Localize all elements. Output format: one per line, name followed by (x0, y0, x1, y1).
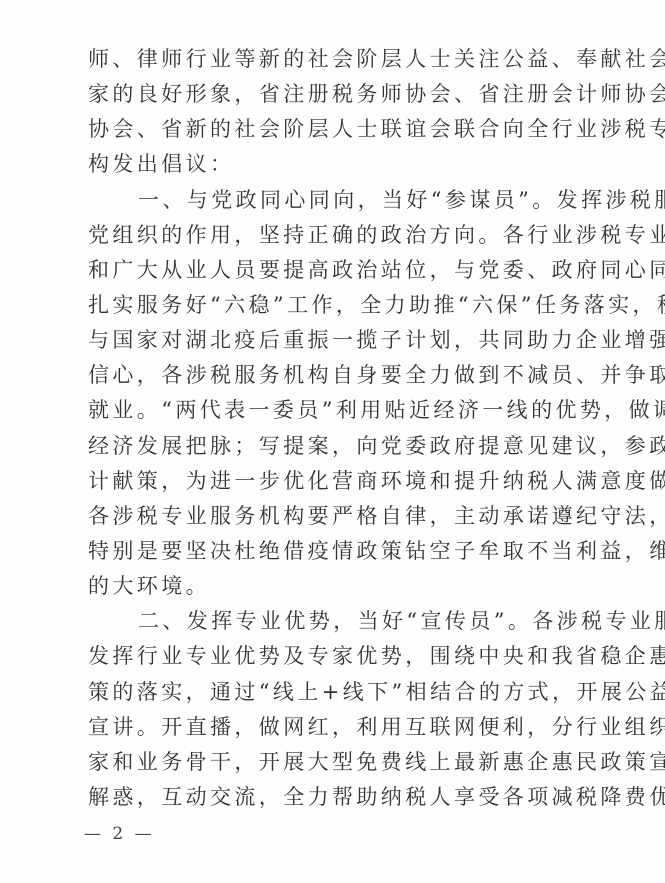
section-heading-line-2: 二、发挥专业优势，当好“宣传员”。各涉税专业服务机构 (88, 604, 598, 639)
text-line: 策的落实，通过“线上+线下”相结合的方式，开展公益性政策 (88, 675, 598, 710)
text-line: 家和业务骨干，开展大型免费线上最新惠企惠民政策宣讲，答疑 (88, 745, 598, 780)
text-line: 经济发展把脉；写提案，向党委政府提意见建议，参政议政，献 (88, 429, 598, 464)
text-line: 宣讲。开直播，做网红，利用互联网便利，分行业组织事务所专 (88, 710, 598, 745)
text-line: 扎实服务好“六稳”工作，全力助推“六保”任务落实，积极参 (88, 288, 598, 323)
text-line: 各涉税专业服务机构要严格自律，主动承诺遵纪守法，合规经营， (88, 499, 598, 534)
document-page: 师、律师行业等新的社会阶层人士关注公益、奉献社会、报效国 家的良好形象，省注册税… (0, 0, 665, 883)
text-line: 就业。“两代表一委员”利用贴近经济一线的优势，做调研，为 (88, 393, 598, 428)
text-line: 特别是要坚决杜绝借疫情政策钻空子牟取不当利益，维护好发展 (88, 534, 598, 569)
page-number: — 2 — (84, 824, 155, 844)
text-line: 的大环境。 (88, 569, 598, 604)
section-heading-line-1: 一、与党政同心同向，当好“参谋员”。发挥涉税服务机构 (88, 183, 598, 218)
document-body: 师、律师行业等新的社会阶层人士关注公益、奉献社会、报效国 家的良好形象，省注册税… (88, 42, 598, 815)
text-line: 计献策，为进一步优化营商环境和提升纳税人满意度做出贡献。 (88, 464, 598, 499)
text-line: 师、律师行业等新的社会阶层人士关注公益、奉献社会、报效国 (88, 42, 598, 77)
text-line: 信心，各涉税服务机构自身要全力做到不减员、并争取增加吸纳 (88, 358, 598, 393)
text-line: 解惑，互动交流，全力帮助纳税人享受各项减税降费优惠政策。 (88, 780, 598, 815)
text-line: 与国家对湖北疫后重振一揽子计划，共同助力企业增强疫后重振 (88, 323, 598, 358)
text-line: 和广大从业人员要提高政治站位，与党委、政府同心同向同行， (88, 253, 598, 288)
text-line: 构发出倡议： (88, 147, 598, 182)
text-line: 发挥行业专业优势及专家优势，围绕中央和我省稳企惠企税收政 (88, 639, 598, 674)
text-line: 协会、省新的社会阶层人士联谊会联合向全行业涉税专业服务机 (88, 112, 598, 147)
text-line: 家的良好形象，省注册税务师协会、省注册会计师协会、省律师 (88, 77, 598, 112)
text-line: 党组织的作用，坚持正确的政治方向。各行业涉税专业服务机构 (88, 218, 598, 253)
